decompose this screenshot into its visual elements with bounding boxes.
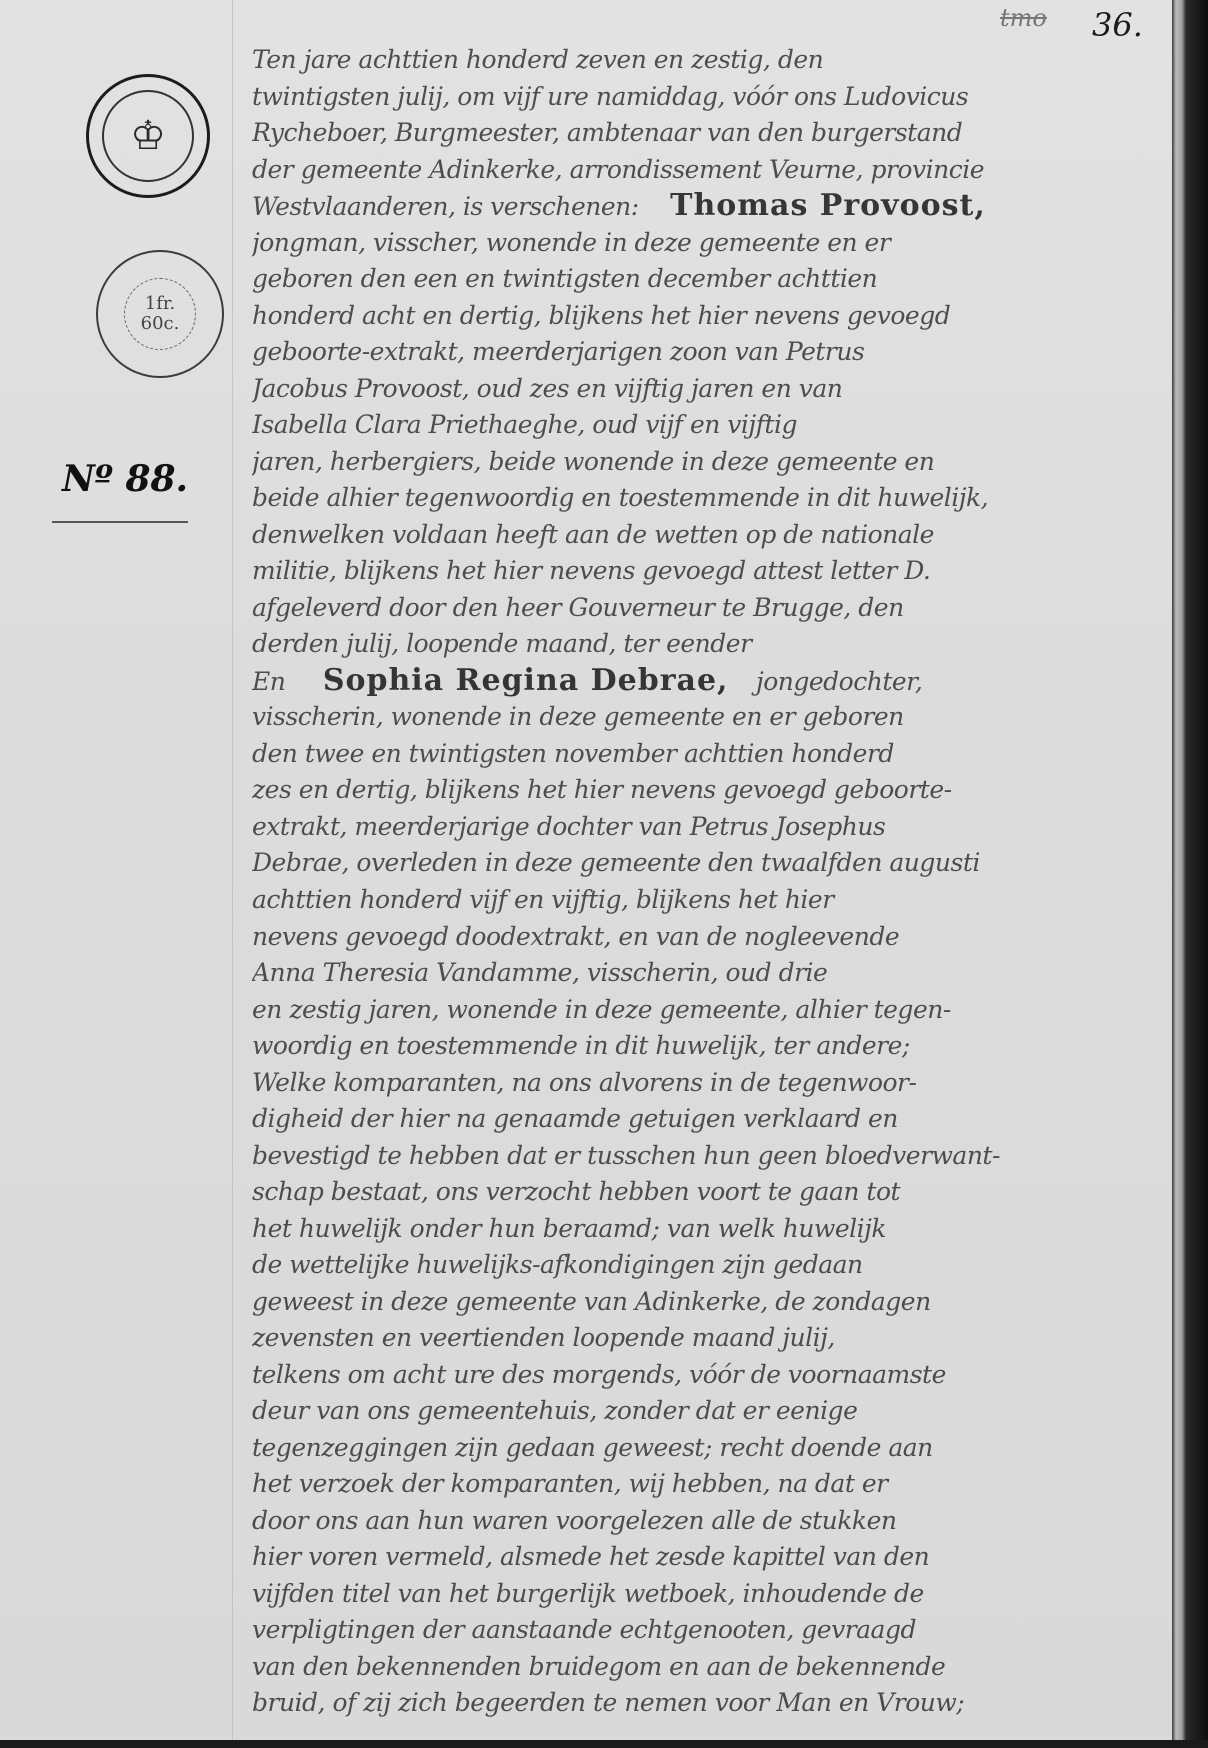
act-number: Nº 88.	[62, 458, 188, 500]
text-fragment: Westvlaanderen, is verschenen:	[252, 192, 639, 221]
register-page: tmo 36. ♔ 1fr. 60c. Nº 88. Ten jare acht…	[0, 0, 1176, 1740]
text-line: bruid, of zij zich begeerden te nemen vo…	[252, 1685, 1128, 1722]
text-line: achttien honderd vijf en vijftig, blijke…	[252, 882, 1128, 919]
text-line: Rycheboer, Burgmeester, ambtenaar van de…	[252, 115, 1128, 152]
text-line: schap bestaat, ons verzocht hebben voort…	[252, 1174, 1128, 1211]
text-line: Jacobus Provoost, oud zes en vijftig jar…	[252, 371, 1128, 408]
text-line: tegenzeggingen zijn gedaan geweest; rech…	[252, 1430, 1128, 1467]
text-line: het verzoek der komparanten, wij hebben,…	[252, 1466, 1128, 1503]
text-line: van den bekennenden bruidegom en aan de …	[252, 1649, 1128, 1686]
act-number-underline	[52, 521, 188, 523]
page-number: 36.	[1092, 6, 1143, 44]
text-line: Anna Theresia Vandamme, visscherin, oud …	[252, 955, 1128, 992]
text-line: verpligtingen der aanstaande echtgenoote…	[252, 1612, 1128, 1649]
stamp-value-francs: 1fr.	[145, 294, 175, 314]
text-line: denwelken voldaan heeft aan de wetten op…	[252, 517, 1128, 554]
text-line: geboorte-extrakt, meerderjarigen zoon va…	[252, 334, 1128, 371]
corner-annotation: tmo	[1000, 4, 1047, 32]
text-line: zevensten en veertienden loopende maand …	[252, 1320, 1128, 1357]
text-line: extrakt, meerderjarige dochter van Petru…	[252, 809, 1128, 846]
fiscal-stamp-inner: ♔	[102, 90, 194, 182]
text-line: afgeleverd door den heer Gouverneur te B…	[252, 590, 1128, 627]
text-line: jaren, herbergiers, beide wonende in dez…	[252, 444, 1128, 481]
text-line: en zestig jaren, wonende in deze gemeent…	[252, 992, 1128, 1029]
text-line: Isabella Clara Priethaeghe, oud vijf en …	[252, 407, 1128, 444]
text-line: Debrae, overleden in deze gemeente den t…	[252, 845, 1128, 882]
margin-rule	[232, 0, 233, 1740]
text-line: de wettelijke huwelijks-afkondigingen zi…	[252, 1247, 1128, 1284]
text-line: twintigsten julij, om vijf ure namiddag,…	[252, 79, 1128, 116]
text-line: En Sophia Regina Debrae, jongedochter,	[252, 663, 1128, 700]
text-line: telkens om acht ure des morgends, vóór d…	[252, 1357, 1128, 1394]
handwritten-body: Ten jare achttien honderd zeven en zesti…	[252, 42, 1128, 1722]
text-line: geweest in deze gemeente van Adinkerke, …	[252, 1284, 1128, 1321]
text-line: der gemeente Adinkerke, arrondissement V…	[252, 152, 1128, 189]
page-bottom-edge	[0, 1740, 1208, 1748]
text-line: Ten jare achttien honderd zeven en zesti…	[252, 42, 1128, 79]
text-line: beide alhier tegenwoordig en toestemmend…	[252, 480, 1128, 517]
stamp-value-centimes: 60c.	[141, 314, 180, 334]
text-line: deur van ons gemeentehuis, zonder dat er…	[252, 1393, 1128, 1430]
dimension-stamp-inner: 1fr. 60c.	[124, 278, 196, 350]
fiscal-stamp: ♔	[86, 74, 210, 198]
text-line: digheid der hier na genaamde getuigen ve…	[252, 1101, 1128, 1138]
text-line: woordig en toestemmende in dit huwelijk,…	[252, 1028, 1128, 1065]
text-line: zes en dertig, blijkens het hier nevens …	[252, 772, 1128, 809]
text-line: jongman, visscher, wonende in deze gemee…	[252, 225, 1128, 262]
dimension-stamp: 1fr. 60c.	[96, 250, 224, 378]
text-line: militie, blijkens het hier nevens gevoeg…	[252, 553, 1128, 590]
text-line: bevestigd te hebben dat er tusschen hun …	[252, 1138, 1128, 1175]
groom-name: Thomas Provoost,	[670, 188, 986, 223]
text-line: visscherin, wonende in deze gemeente en …	[252, 699, 1128, 736]
text-line: Westvlaanderen, is verschenen: Thomas Pr…	[252, 188, 1128, 225]
text-line: derden julij, loopende maand, ter eender	[252, 626, 1128, 663]
text-line: honderd acht en dertig, blijkens het hie…	[252, 298, 1128, 335]
text-line: Welke komparanten, na ons alvorens in de…	[252, 1065, 1128, 1102]
bride-name: Sophia Regina Debrae,	[323, 663, 729, 698]
text-fragment: jongedochter,	[756, 667, 922, 696]
crowned-lion-icon: ♔	[130, 116, 166, 156]
text-line: het huwelijk onder hun beraamd; van welk…	[252, 1211, 1128, 1248]
text-line: vijfden titel van het burgerlijk wetboek…	[252, 1576, 1128, 1613]
book-spine-edge	[1172, 0, 1208, 1748]
text-line: geboren den een en twintigsten december …	[252, 261, 1128, 298]
text-line: den twee en twintigsten november achttie…	[252, 736, 1128, 773]
text-line: hier voren vermeld, alsmede het zesde ka…	[252, 1539, 1128, 1576]
text-fragment: En	[252, 667, 285, 696]
text-line: door ons aan hun waren voorgelezen alle …	[252, 1503, 1128, 1540]
text-line: nevens gevoegd doodextrakt, en van de no…	[252, 919, 1128, 956]
